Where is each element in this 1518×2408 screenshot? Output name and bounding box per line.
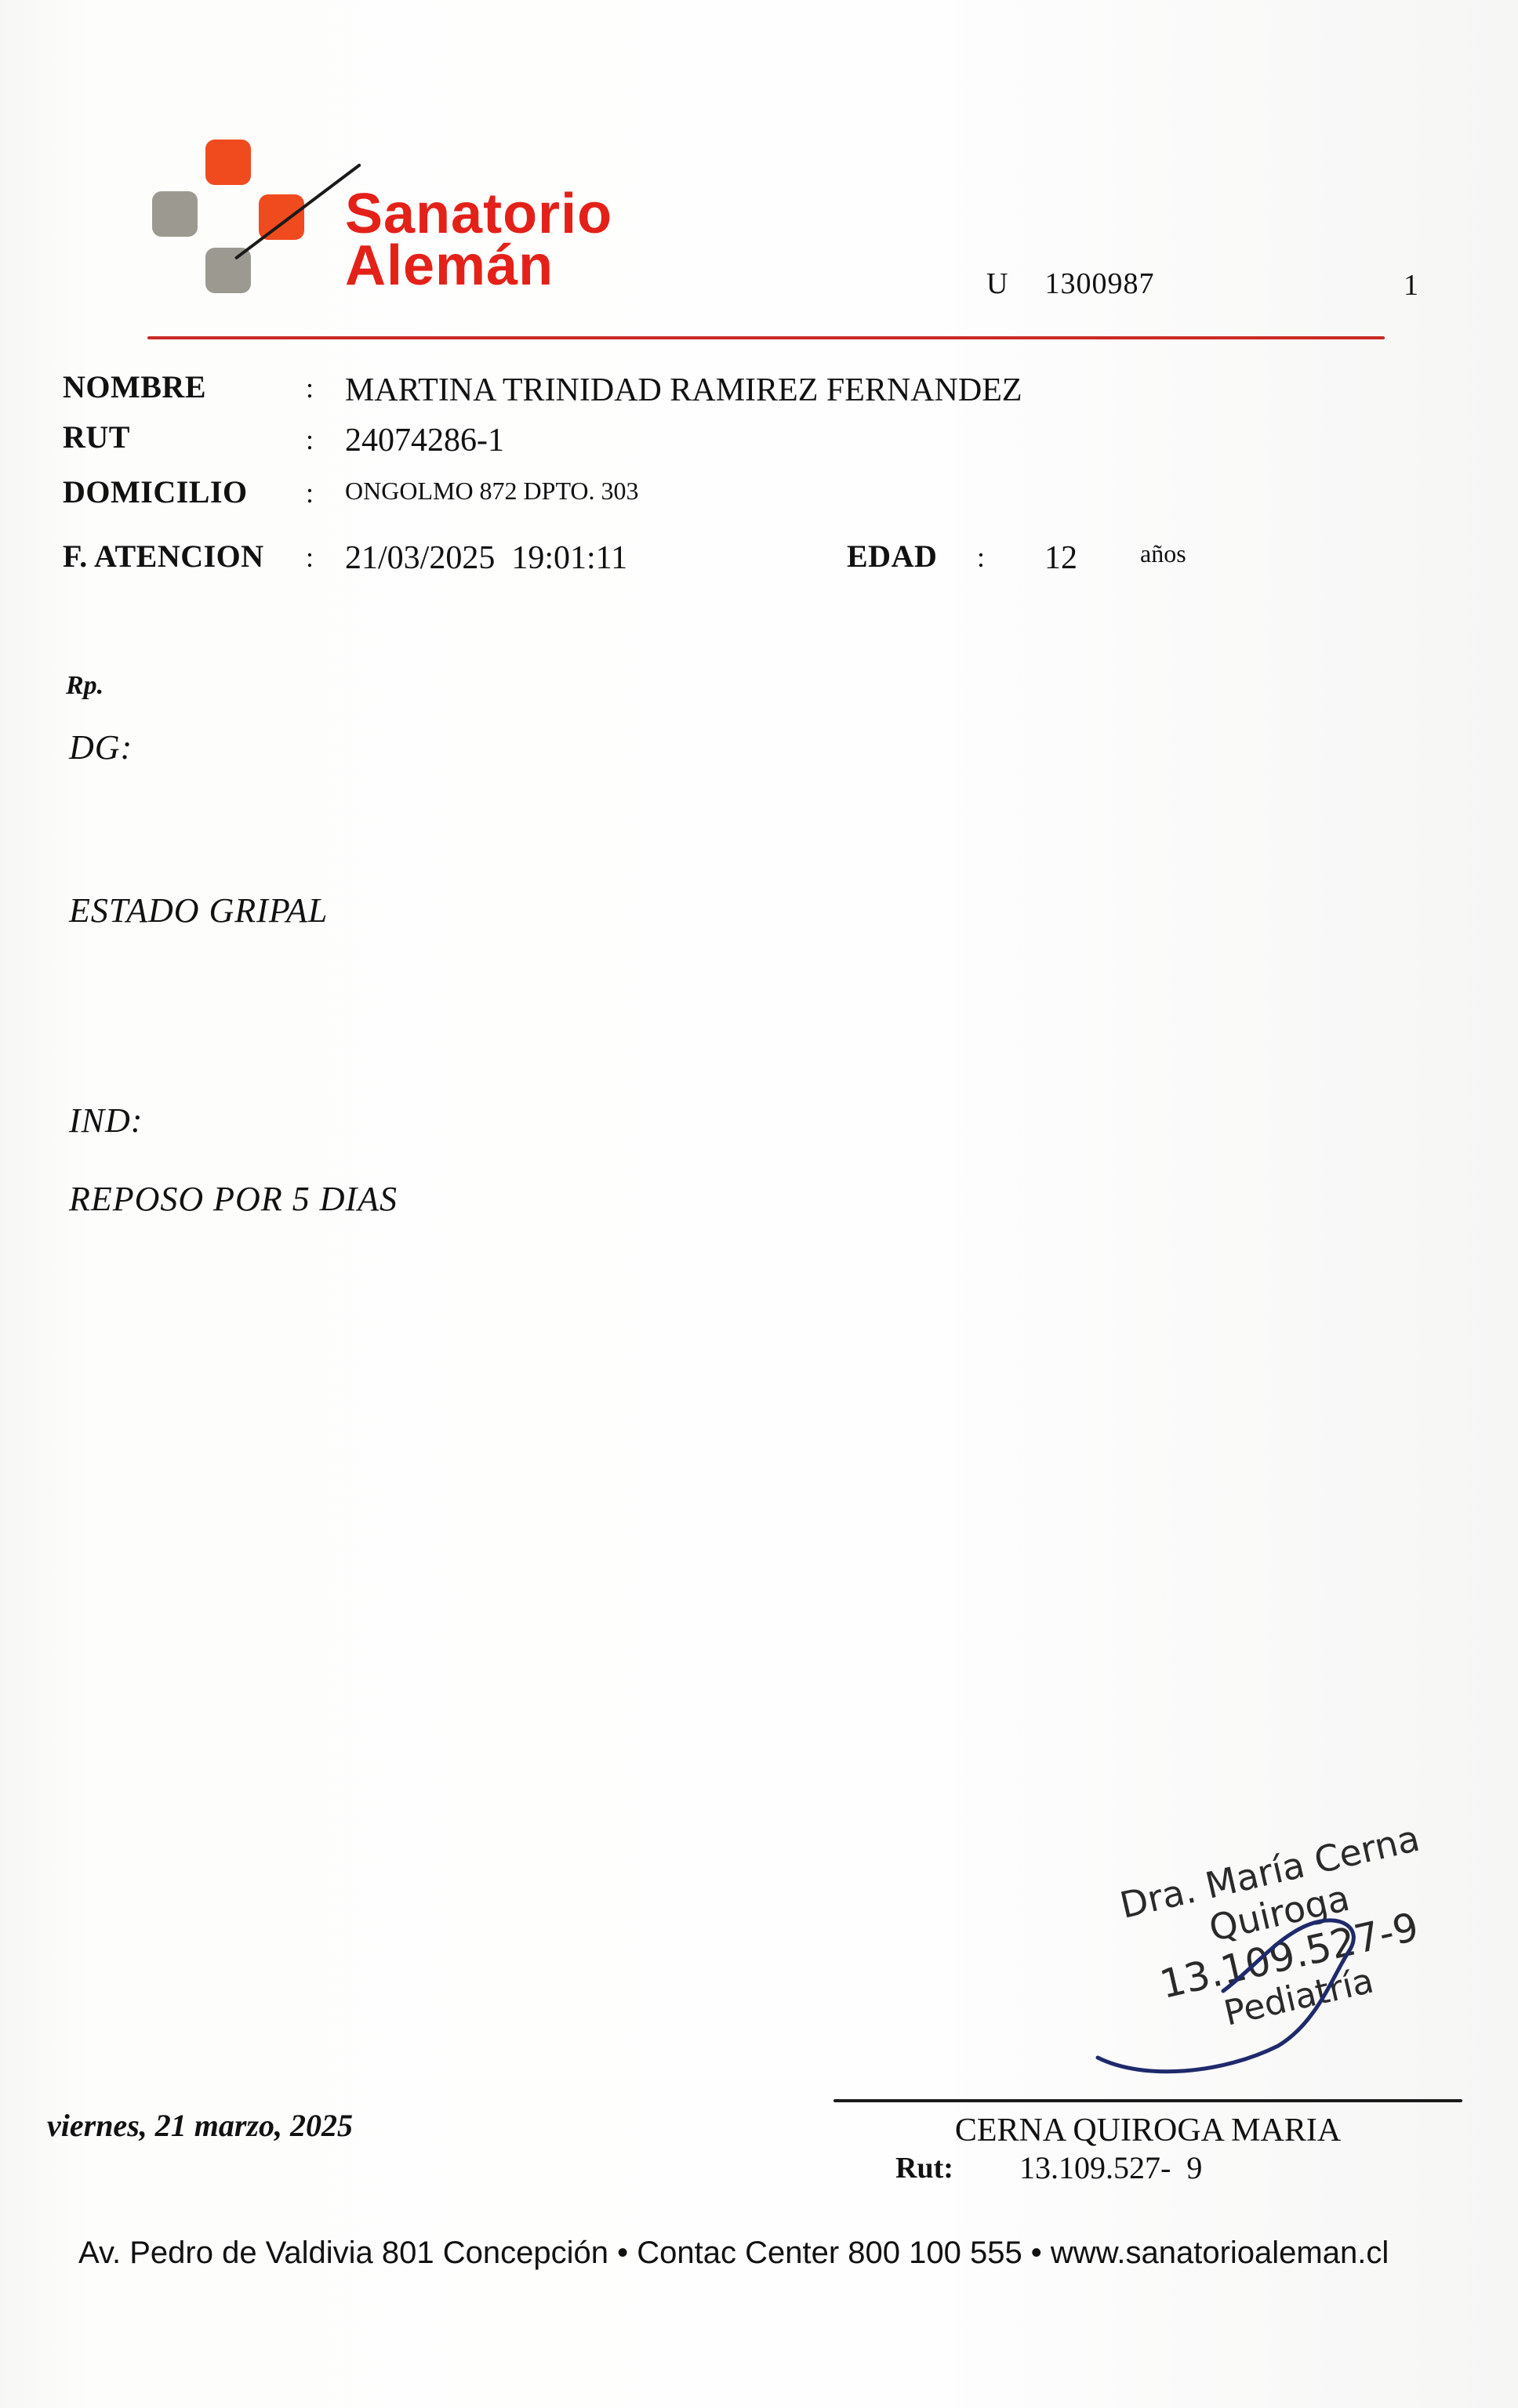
rut-label: RUT: [63, 419, 130, 455]
age-unit: años: [1140, 539, 1186, 568]
indication: REPOSO POR 5 DIAS: [69, 1179, 398, 1219]
nombre-label: NOMBRE: [63, 368, 206, 405]
prescription-document: Sanatorio Alemán U1300987 1 NOMBRE : MAR…: [0, 0, 1518, 2408]
document-prefix: U: [986, 267, 1008, 300]
attention-datetime: 21/03/2025 19:01:11: [345, 539, 627, 577]
document-number-value: 1300987: [1044, 267, 1154, 300]
logo-square-left-icon: [152, 191, 198, 237]
brand-line-2: Alemán: [345, 240, 612, 292]
footer-contact: Av. Pedro de Valdivia 801 Concepción • C…: [78, 2236, 1389, 2271]
dg-label: DG:: [69, 727, 133, 767]
doctor-rut: 13.109.527- 9: [1019, 2149, 1202, 2186]
atencion-label: F. ATENCION: [63, 538, 264, 575]
rut-colon: :: [306, 423, 314, 456]
atencion-colon: :: [306, 541, 314, 574]
logo-check-line-icon: [234, 163, 361, 260]
page-number: 1: [1404, 268, 1418, 303]
ind-label: IND:: [69, 1101, 143, 1141]
diagnosis: ESTADO GRIPAL: [69, 890, 328, 930]
logo-square-bottom-icon: [205, 248, 251, 293]
issue-date: viernes, 21 marzo, 2025: [47, 2107, 353, 2144]
header-divider: [147, 336, 1385, 339]
nombre-colon: :: [306, 372, 314, 404]
doctor-name: CERNA QUIROGA MARIA: [833, 2112, 1462, 2149]
brand-name: Sanatorio Alemán: [345, 188, 612, 292]
handwritten-signature-icon: [1082, 1889, 1411, 2077]
signature-line: [833, 2099, 1462, 2102]
brand-line-1: Sanatorio: [345, 188, 612, 240]
document-number: U1300987: [986, 267, 1154, 301]
doctor-rut-label: Rut:: [895, 2151, 953, 2185]
rp-label: Rp.: [66, 671, 103, 701]
patient-age: 12: [1044, 539, 1077, 577]
edad-colon: :: [977, 541, 985, 574]
domicilio-colon: :: [306, 477, 314, 510]
edad-label: EDAD: [847, 538, 937, 575]
patient-rut: 24074286-1: [345, 422, 504, 459]
patient-name: MARTINA TRINIDAD RAMIREZ FERNANDEZ: [345, 372, 1022, 409]
domicilio-label: DOMICILIO: [63, 473, 248, 510]
patient-address: ONGOLMO 872 DPTO. 303: [345, 477, 639, 506]
logo-square-top-icon: [205, 140, 251, 185]
